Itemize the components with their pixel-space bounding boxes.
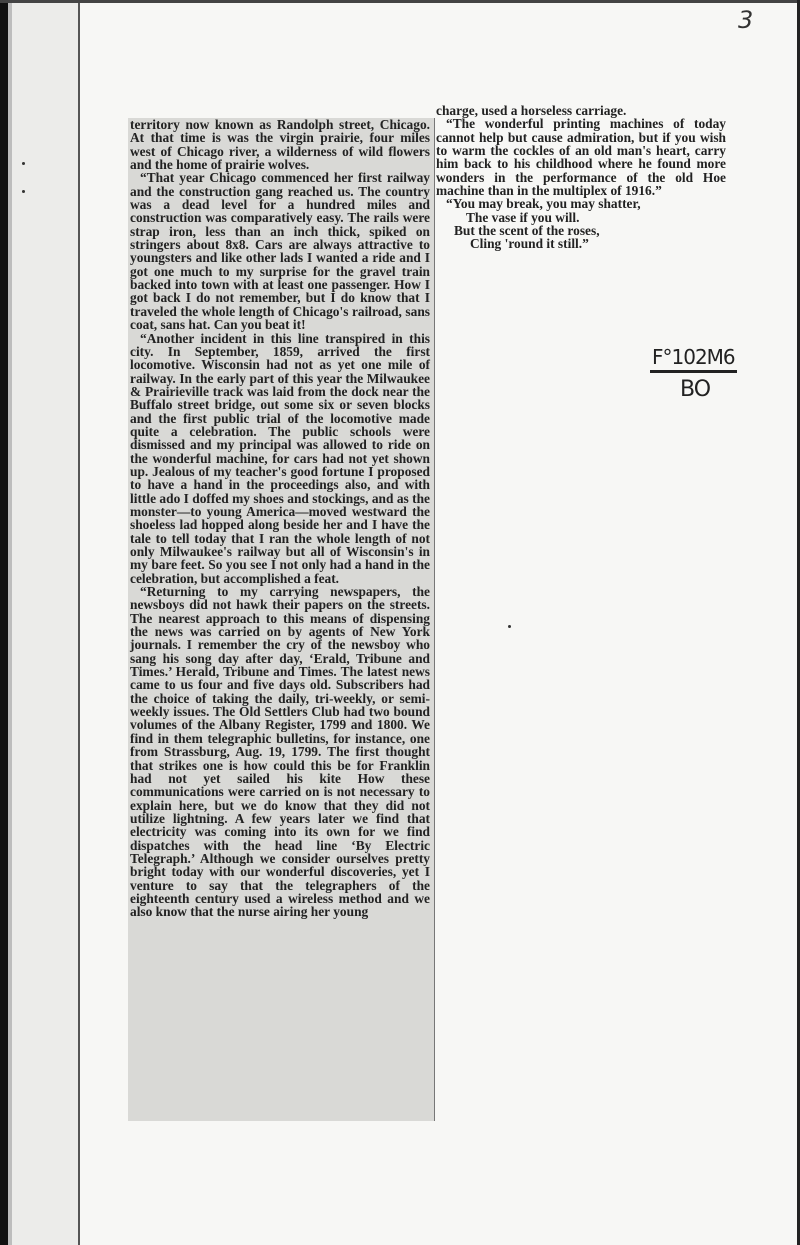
scan-speck: [22, 190, 25, 193]
page-number: 3: [738, 6, 753, 34]
handwritten-annotation: F°102M6 BO: [650, 345, 737, 402]
scan-speck: [508, 625, 511, 628]
paragraph: “Returning to my carrying newspapers, th…: [130, 585, 430, 919]
paragraph: “The wonderful printing machines of toda…: [436, 117, 726, 197]
annotation-initials: BO: [650, 377, 737, 402]
scan-left-edge: [0, 0, 12, 1245]
poem-line: Cling 'round it still.”: [436, 237, 726, 250]
page-border-line: [78, 0, 80, 1245]
page-top-border: [0, 0, 800, 3]
poem-line: “You may break, you may shatter,: [436, 197, 726, 210]
paragraph: “That year Chicago commenced her first r…: [130, 171, 430, 331]
poem-quote: “You may break, you may shatter, The vas…: [436, 197, 726, 250]
scan-speck: [22, 162, 25, 165]
paragraph: “Another incident in this line transpire…: [130, 332, 430, 586]
poem-line: The vase if you will.: [436, 211, 726, 224]
scan-margin-band: [12, 0, 78, 1245]
paragraph: territory now known as Randolph street, …: [130, 118, 430, 171]
annotation-code: F°102M6: [650, 345, 737, 373]
article-column-left: territory now known as Randolph street, …: [128, 118, 435, 1121]
poem-line: But the scent of the roses,: [436, 224, 726, 237]
paragraph: charge, used a horseless carriage.: [436, 104, 726, 117]
article-column-right: charge, used a horseless carriage. “The …: [432, 104, 726, 251]
